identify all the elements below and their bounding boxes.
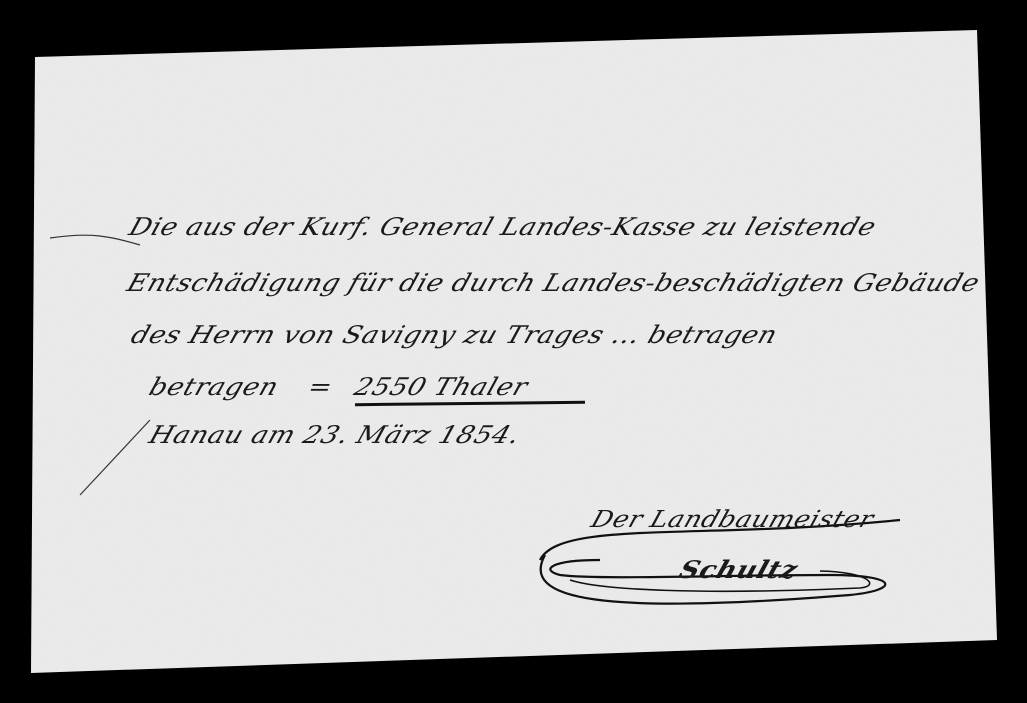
- amount-line: betragen = 2550 Thaler: [145, 374, 531, 402]
- text-line-2: Entschädigung für die durch Landes-besch…: [123, 270, 983, 298]
- signature-name: Schultz: [675, 557, 801, 585]
- paper-sheet: [0, 0, 1027, 703]
- text-line-1: Die aus der Kurf. General Landes-Kasse z…: [125, 214, 879, 242]
- place-date: Hanau am 23. März 1854.: [145, 422, 523, 450]
- text-line-3: des Herrn von Savigny zu Trages ... betr…: [127, 322, 781, 350]
- amount-value: 2550 Thaler: [351, 374, 532, 402]
- signatory-title: Der Landbaumeister: [588, 507, 878, 534]
- amount-equals: =: [304, 374, 336, 402]
- amount-label: betragen: [145, 374, 282, 402]
